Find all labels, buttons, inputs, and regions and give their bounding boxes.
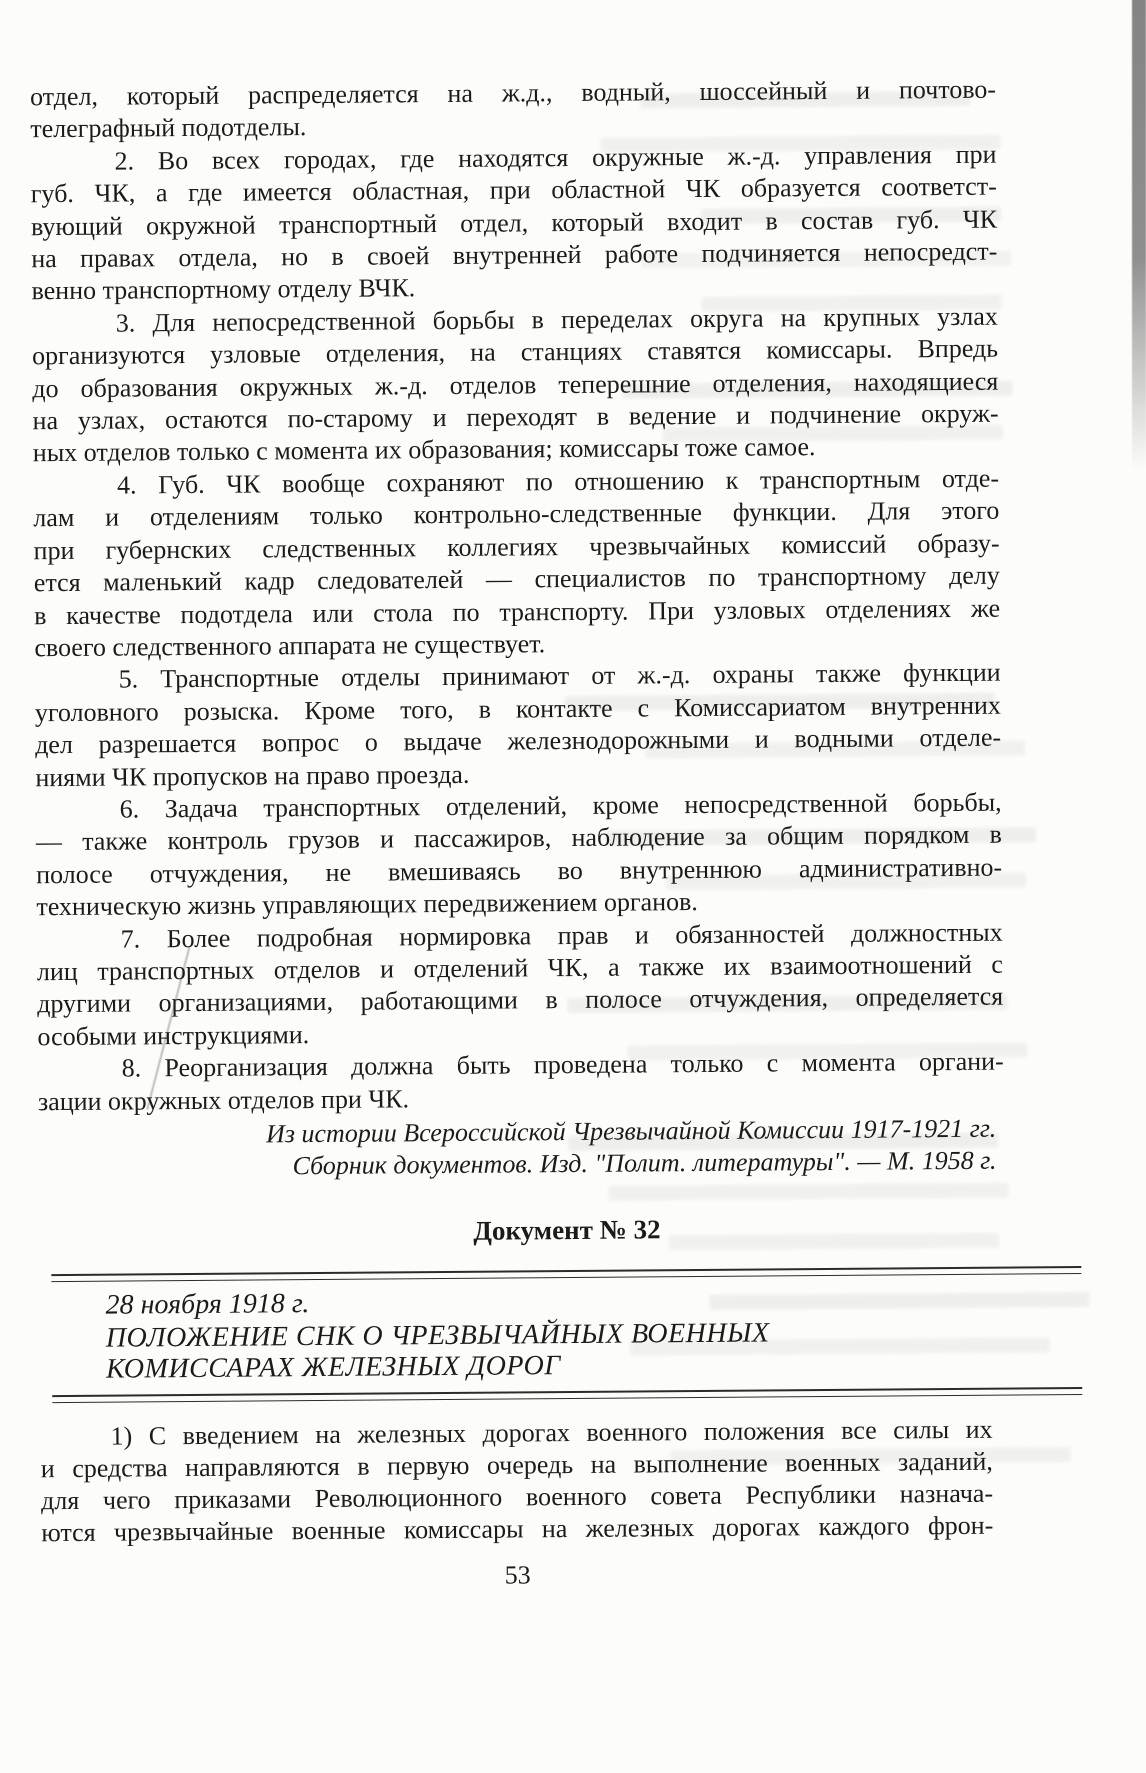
scanned-book-page: отдел, который распределяется на ж.д., в… bbox=[0, 0, 1146, 1773]
paragraph: отдел, который распределяется на ж.д., в… bbox=[30, 74, 996, 146]
header-inner: 28 ноября 1918 г. ПОЛОЖЕНИЕ СНК О ЧРЕЗВЫ… bbox=[51, 1274, 1082, 1395]
document-body: 1) С введением на железных дорогах военн… bbox=[40, 1414, 993, 1549]
paragraph: 6. Задача транспортных отделений, кроме … bbox=[36, 787, 1003, 924]
paragraph: 5. Транспортные отделы принимают от ж.-д… bbox=[35, 657, 1002, 794]
paragraph: 2. Во всех городах, где находятся окружн… bbox=[30, 138, 997, 308]
text-line: зации окружных отделов при ЧК. bbox=[38, 1078, 1004, 1118]
source-citation: Из истории Всероссийской Чрезвычайной Ко… bbox=[38, 1113, 996, 1185]
page-content: отдел, который распределяется на ж.д., в… bbox=[0, 0, 1146, 1773]
paragraph: 1) С введением на железных дорогах военн… bbox=[40, 1414, 993, 1549]
document-title-line: КОМИССАРАХ ЖЕЛЕЗНЫХ ДОРОГ bbox=[106, 1346, 1082, 1385]
source-line: Сборник документов. Изд. "Полит. литерат… bbox=[38, 1145, 996, 1185]
body-text: отдел, который распределяется на ж.д., в… bbox=[30, 74, 1004, 1119]
paragraph: 7. Более подробная нормировка прав и обя… bbox=[37, 916, 1004, 1053]
paragraph: 8. Реорганизация должна быть проведена т… bbox=[38, 1046, 1004, 1118]
scan-edge-shadow bbox=[1132, 0, 1146, 470]
text-line: ются чрезвычайные военные комиссары на ж… bbox=[41, 1510, 993, 1549]
document-number-heading: Документ № 32 bbox=[39, 1211, 1005, 1251]
page-number: 53 bbox=[42, 1557, 994, 1594]
paragraph: 4. Губ. ЧК вообще сохраняют по отношению… bbox=[33, 463, 1000, 665]
paragraph: 3. Для непосредственной борьбы в передел… bbox=[32, 300, 999, 470]
document-header: 28 ноября 1918 г. ПОЛОЖЕНИЕ СНК О ЧРЕЗВЫ… bbox=[51, 1266, 1082, 1403]
